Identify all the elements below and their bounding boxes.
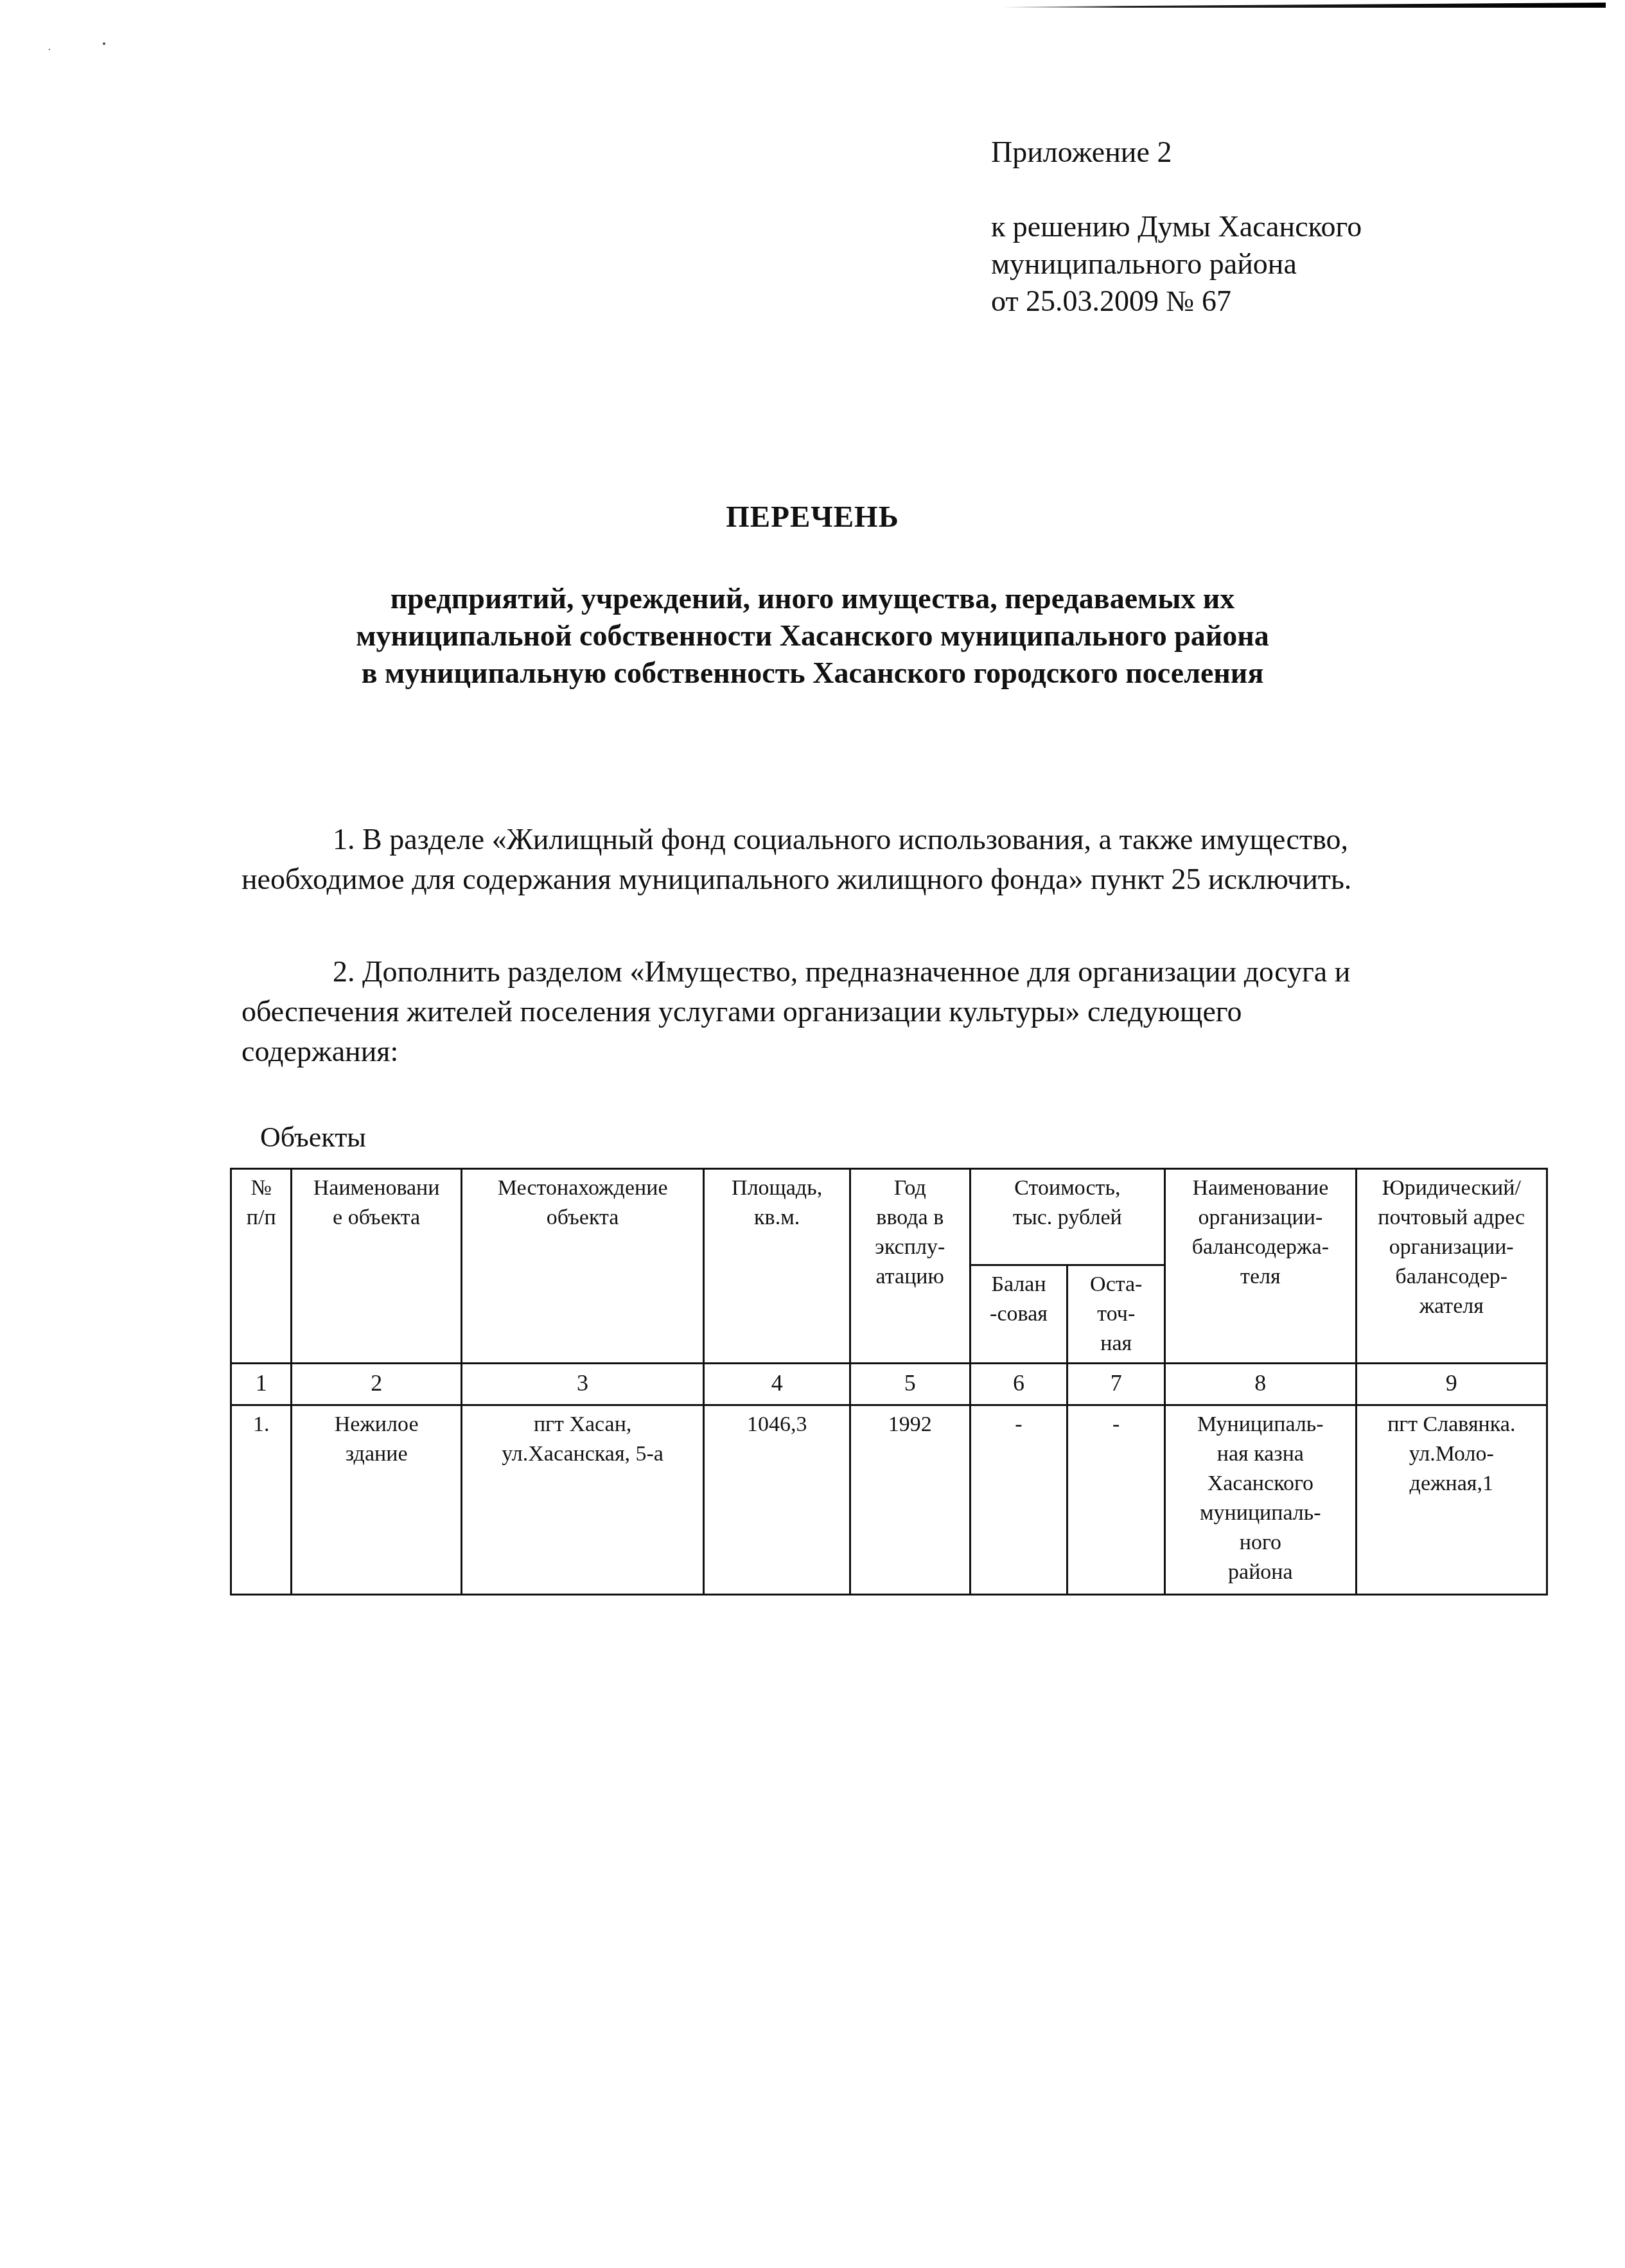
cell-text-line: ная казна <box>1168 1439 1352 1469</box>
cell-holder: Муниципаль-ная казнаХасанскогомуниципаль… <box>1165 1405 1356 1595</box>
paragraph-line: обеспечения жителей поселения услугами о… <box>242 992 1455 1032</box>
appendix-number: Приложение 2 <box>991 134 1362 171</box>
column-number: 9 <box>1356 1364 1547 1405</box>
cell-text-line: Оста- <box>1071 1270 1161 1299</box>
cell-text-line: Стоимость, <box>974 1174 1162 1203</box>
cell-text-line: Юридический/ <box>1360 1174 1543 1203</box>
cell-text-line: атацию <box>854 1262 967 1292</box>
cell-text-line: ная <box>1071 1329 1161 1358</box>
subtitle-line: муниципальной собственности Хасанского м… <box>0 617 1625 655</box>
cell-text-line: здание <box>295 1439 458 1469</box>
cell-text-line: кв.м. <box>707 1203 847 1233</box>
scan-artifact-line <box>1002 3 1606 8</box>
document-subtitle: предприятий, учреждений, иного имущества… <box>0 580 1625 692</box>
header-cost-balance: Балан-совая <box>970 1265 1067 1364</box>
appendix-date: от 25.03.2009 № 67 <box>991 283 1362 320</box>
scan-speck <box>103 42 105 45</box>
paragraph-1: 1. В разделе «Жилищный фонд социального … <box>242 820 1455 899</box>
header-cost: Стоимость,тыс. рублей <box>970 1169 1165 1265</box>
header-holder: Наименованиеорганизации-балансодержа-тел… <box>1165 1169 1356 1364</box>
cell-address: пгт Славянка.ул.Моло-дежная,1 <box>1356 1405 1547 1595</box>
cell-cost-balance: - <box>970 1405 1067 1595</box>
cell-num: 1. <box>231 1405 292 1595</box>
cell-year: 1992 <box>850 1405 970 1595</box>
cell-text-line: дежная,1 <box>1360 1469 1543 1499</box>
cell-text-line: Наименовани <box>295 1174 458 1203</box>
cell-text-line: п/п <box>234 1203 288 1233</box>
paragraph-line: 1. В разделе «Жилищный фонд социального … <box>242 820 1455 859</box>
column-number: 2 <box>292 1364 462 1405</box>
cell-text-line: ул.Хасанская, 5-а <box>465 1439 700 1469</box>
cell-text-line: жателя <box>1360 1292 1543 1321</box>
cell-text-line: тыс. рублей <box>974 1203 1162 1233</box>
cell-text-line: Площадь, <box>707 1174 847 1203</box>
table-header-row: №п/п Наименование объекта Местонахождени… <box>231 1169 1547 1265</box>
cell-text-line: ного <box>1168 1528 1352 1558</box>
scan-speck <box>49 49 50 50</box>
cell-text-line: балансодер- <box>1360 1262 1543 1292</box>
cell-text-line: -совая <box>974 1299 1064 1329</box>
document-title: ПЕРЕЧЕНЬ <box>0 500 1625 534</box>
cell-text-line: организации- <box>1168 1203 1352 1233</box>
cell-text-line: муниципаль- <box>1168 1499 1352 1528</box>
cell-area: 1046,3 <box>704 1405 850 1595</box>
appendix-decision: к решению Думы Хасанского <box>991 208 1362 245</box>
paragraph-line: 2. Дополнить разделом «Имущество, предна… <box>242 952 1455 992</box>
cell-text-line: балансодержа- <box>1168 1233 1352 1262</box>
cell-text-line: организации- <box>1360 1233 1543 1262</box>
cell-text-line: ул.Моло- <box>1360 1439 1543 1469</box>
column-number-row: 1 2 3 4 5 6 7 8 9 <box>231 1364 1547 1405</box>
appendix-reference: Приложение 2 к решению Думы Хасанского м… <box>991 134 1362 320</box>
header-address: Юридический/почтовый адресорганизации-ба… <box>1356 1169 1547 1364</box>
cell-text-line: № <box>234 1174 288 1203</box>
cell-text-line: Хасанского <box>1168 1469 1352 1499</box>
cell-text-line: Муниципаль- <box>1168 1410 1352 1439</box>
header-num: №п/п <box>231 1169 292 1364</box>
cell-text-line: Наименование <box>1168 1174 1352 1203</box>
cell-text-line: почтовый адрес <box>1360 1203 1543 1233</box>
cell-text-line: Балан <box>974 1270 1064 1299</box>
subtitle-line: в муниципальную собственность Хасанского… <box>0 655 1625 692</box>
appendix-authority: муниципального района <box>991 245 1362 283</box>
cell-text-line: теля <box>1168 1262 1352 1292</box>
column-number: 7 <box>1067 1364 1165 1405</box>
column-number: 1 <box>231 1364 292 1405</box>
header-year: Годввода вэксплу-атацию <box>850 1169 970 1364</box>
column-number: 8 <box>1165 1364 1356 1405</box>
column-number: 6 <box>970 1364 1067 1405</box>
cell-name: Нежилоездание <box>292 1405 462 1595</box>
paragraph-2: 2. Дополнить разделом «Имущество, предна… <box>242 952 1455 1071</box>
subtitle-line: предприятий, учреждений, иного имущества… <box>0 580 1625 617</box>
objects-table: №п/п Наименование объекта Местонахождени… <box>230 1168 1548 1596</box>
cell-text-line: Год <box>854 1174 967 1203</box>
cell-text-line: Нежилое <box>295 1410 458 1439</box>
table-caption: Объекты <box>260 1121 366 1154</box>
paragraph-line: необходимое для содержания муниципальног… <box>242 859 1455 899</box>
cell-text-line: точ- <box>1071 1299 1161 1329</box>
cell-text-line: объекта <box>465 1203 700 1233</box>
cell-text-line: е объекта <box>295 1203 458 1233</box>
header-cost-residual: Оста-точ-ная <box>1067 1265 1165 1364</box>
cell-text-line: пгт Хасан, <box>465 1410 700 1439</box>
column-number: 3 <box>461 1364 703 1405</box>
cell-text-line: района <box>1168 1558 1352 1587</box>
table-row: 1. Нежилоездание пгт Хасан,ул.Хасанская,… <box>231 1405 1547 1595</box>
cell-cost-residual: - <box>1067 1405 1165 1595</box>
cell-text-line: пгт Славянка. <box>1360 1410 1543 1439</box>
header-location: Местонахождениеобъекта <box>461 1169 703 1364</box>
cell-text-line: Местонахождение <box>465 1174 700 1203</box>
cell-text-line: эксплу- <box>854 1233 967 1262</box>
paragraph-line: содержания: <box>242 1032 1455 1071</box>
cell-text-line: ввода в <box>854 1203 967 1233</box>
header-name: Наименование объекта <box>292 1169 462 1364</box>
cell-location: пгт Хасан,ул.Хасанская, 5-а <box>461 1405 703 1595</box>
column-number: 4 <box>704 1364 850 1405</box>
column-number: 5 <box>850 1364 970 1405</box>
header-area: Площадь,кв.м. <box>704 1169 850 1364</box>
